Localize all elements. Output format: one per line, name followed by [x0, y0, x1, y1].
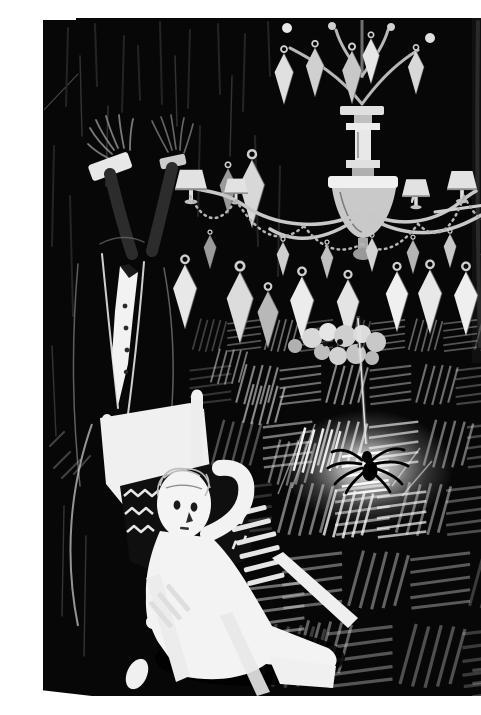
- chair-right-post: [191, 391, 203, 469]
- paper-sliver-top-left: [40, 16, 76, 20]
- chair-left-post-knob: [102, 414, 112, 424]
- plate-ground: [43, 18, 481, 696]
- book-illustration: Dark room at night: an ornate chandelier…: [40, 16, 481, 699]
